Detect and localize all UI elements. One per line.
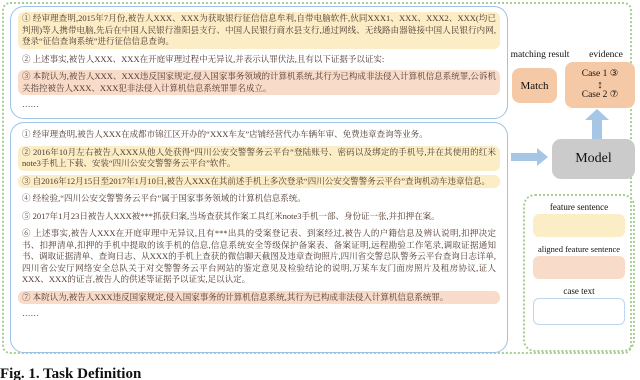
arrow-up-icon (585, 109, 609, 139)
match-result-box: Match (512, 68, 557, 103)
vertical-double-arrow-icon: ↕ (597, 80, 603, 90)
evidence-case2-ref: Case 2 ⑦ (582, 90, 618, 101)
aligned-feature-sentence-swatch (533, 256, 625, 279)
case1-box: ① 经审理查明,2015年7月份,被告人XXX、XXX为获取银行征信信息牟利,自… (10, 6, 508, 119)
case2-paragraph-5: ⑤ 2017年1月23日被告人XXX被***抓获归案,当场查获其作案工具红米no… (18, 210, 500, 224)
case2-ellipsis: …… (18, 308, 500, 320)
aligned-feature-sentence-label: aligned feature sentence (525, 244, 633, 254)
case1-paragraph-1: ① 经审理查明,2015年7月份,被告人XXX、XXX为获取银行征信信息牟利,自… (18, 12, 500, 49)
feature-sentence-label: feature sentence (525, 202, 633, 212)
figure-caption: Fig. 1. Task Definition (0, 366, 141, 380)
case-text-swatch (533, 298, 625, 325)
case2-paragraph-1: ① 经审理查明,被告人XXX在成都市锦江区开办的“XXX车友”店铺经营代办车辆年… (18, 128, 500, 142)
case2-paragraph-6: ⑥ 上述事实,被告人XXX在开庭审理中无异议,且有***出具的受案登记表、到案经… (18, 227, 500, 287)
arrow-up-head (585, 109, 609, 120)
feature-sentence-swatch (533, 214, 625, 237)
case1-paragraph-2: ② 上述事实,被告人XXX、XXX在开庭审理过程中无异议,并表示认罪伏法,且有以… (18, 53, 500, 67)
case2-paragraph-3: ③ 自2016年12月15日至2017年1月10日,被告人XXX在其前述手机上多… (18, 175, 500, 189)
case2-paragraph-7: ⑦ 本院认为,被告人XXX违反国家规定,侵入国家事务的计算机信息系统,其行为已构… (18, 291, 500, 305)
evidence-label: evidence (580, 50, 632, 60)
case-text-label: case text (525, 286, 633, 296)
arrow-right-head (537, 148, 548, 166)
figure-canvas: ① 经审理查明,2015年7月份,被告人XXX、XXX为获取银行征信信息牟利,自… (0, 0, 640, 380)
arrow-right-icon (511, 148, 548, 166)
case2-paragraph-4: ④ 经检验,“四川公安交警警务云平台”属于国家事务领域的计算机信息系统。 (18, 192, 500, 206)
model-box: Model (552, 139, 635, 179)
case1-ellipsis: …… (18, 99, 500, 111)
arrow-right-shaft (511, 153, 537, 161)
arrow-up-shaft (592, 120, 602, 139)
legend-box: feature sentence aligned feature sentenc… (523, 194, 635, 352)
case1-paragraph-3: ③ 本院认为,被告人XXX、XXX违反国家规定,侵入国家事务领域的计算机系统,其… (18, 70, 500, 95)
matching-result-label: matching result (509, 50, 571, 60)
case2-box: ① 经审理查明,被告人XXX在成都市锦江区开办的“XXX车友”店铺经营代办车辆年… (10, 122, 508, 353)
case2-paragraph-2: ② 2016年10月左右被告人XXX从他人处获得“四川公安交警警务云平台”登陆账… (18, 146, 500, 171)
evidence-box: Case 1 ③ ↕ Case 2 ⑦ (565, 62, 635, 108)
